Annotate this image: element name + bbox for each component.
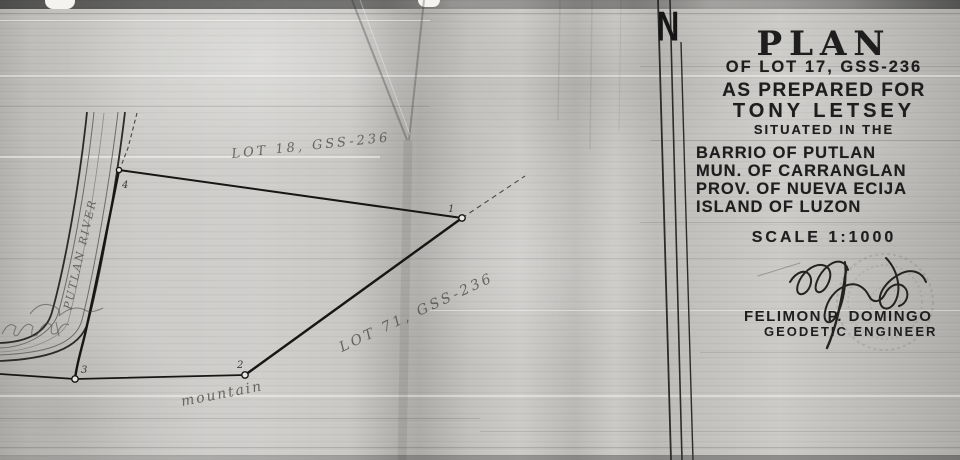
corner-label-1: 1 [448, 204, 454, 215]
north-label: N [652, 5, 683, 51]
engineer-name: FELIMON P. DOMINGO [744, 308, 932, 325]
adjacent-lot-label-southeast: LOT 71, GSS-236 [336, 270, 496, 356]
river [0, 112, 137, 361]
terrain-note: mountain [180, 378, 265, 410]
scanned-survey-plan: 1 2 3 4 LOT 18, GSS-236 LOT 71, GSS-236 … [0, 0, 960, 460]
location-line-municipality: MUN. OF CARRANGLAN [696, 162, 906, 181]
title-block: PLAN OF LOT 17, GSS-236 AS PREPARED FOR … [688, 0, 960, 460]
corner-point-1 [459, 215, 465, 221]
corner-label-4: 4 [121, 180, 128, 191]
prepared-for-label: AS PREPARED FOR [688, 80, 960, 102]
corner-point-3 [72, 376, 78, 382]
location-line-island: ISLAND OF LUZON [696, 198, 861, 217]
situated-label: SITUATED IN THE [688, 122, 960, 137]
corner-point-2 [242, 372, 248, 378]
corner-label-3: 3 [81, 365, 87, 376]
engineer-title: GEODETIC ENGINEER [764, 324, 937, 339]
boundary-extension-dashed [462, 176, 525, 218]
location-line-province: PROV. OF NUEVA ECIJA [696, 180, 907, 199]
corner-point-4 [116, 167, 121, 172]
fold-crease [352, 0, 621, 460]
client-name: TONY LETSEY [688, 100, 960, 123]
boundary-1-2 [245, 218, 462, 375]
corner-label-2: 2 [236, 360, 243, 371]
boundary-2-3 [0, 374, 245, 379]
adjacent-lot-label-north: LOT 18, GSS-236 [230, 130, 391, 162]
lot-subtitle: OF LOT 17, GSS-236 [688, 58, 960, 77]
location-line-barrio: BARRIO OF PUTLAN [696, 144, 876, 163]
scale-text: SCALE 1:1000 [688, 229, 960, 247]
